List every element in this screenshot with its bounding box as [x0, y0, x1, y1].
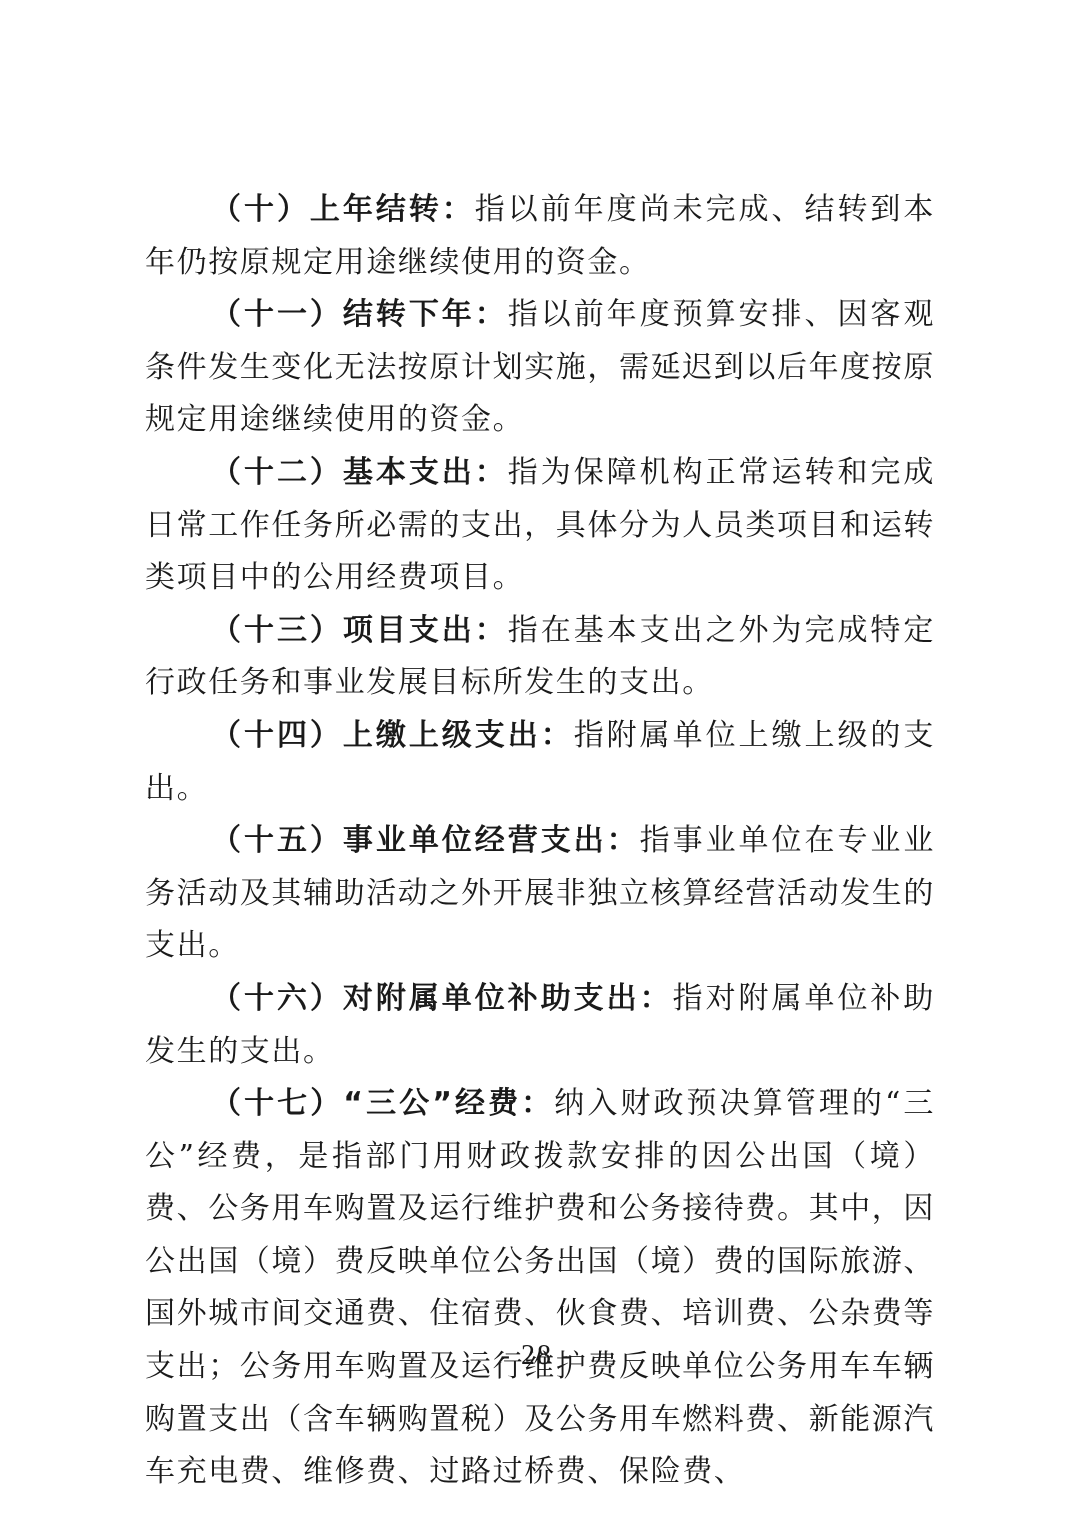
- paragraph-basic-expenditure: （十二）基本支出：指为保障机构正常运转和完成日常工作任务所必需的支出，具体分为人…: [145, 447, 935, 605]
- paragraph-project-expenditure: （十三）项目支出：指在基本支出之外为完成特定行政任务和事业发展目标所发生的支出。: [145, 605, 935, 710]
- term-label: （十五）事业单位经营支出：: [211, 823, 640, 858]
- term-label: （十一）结转下年：: [211, 297, 508, 332]
- term-label: （十）上年结转：: [211, 192, 475, 227]
- term-label: （十六）对附属单位补助支出：: [211, 981, 673, 1016]
- paragraph-carryover-from-prior-year: （十）上年结转：指以前年度尚未完成、结转到本年仍按原规定用途继续使用的资金。: [145, 184, 935, 289]
- paragraph-remittance-to-superior: （十四）上缴上级支出：指附属单位上缴上级的支出。: [145, 710, 935, 815]
- term-definition: 纳入财政预决算管理的“三公”经费，是指部门用财政拨款安排的因公出国（境）费、公务…: [145, 1086, 935, 1489]
- paragraph-subsidy-to-affiliates: （十六）对附属单位补助支出：指对附属单位补助发生的支出。: [145, 973, 935, 1078]
- document-body: （十）上年结转：指以前年度尚未完成、结转到本年仍按原规定用途继续使用的资金。 （…: [145, 184, 935, 1499]
- term-label: （十二）基本支出：: [211, 455, 508, 490]
- paragraph-business-operation-expenditure: （十五）事业单位经营支出：指事业单位在专业业务活动及其辅助活动之外开展非独立核算…: [145, 815, 935, 973]
- paragraph-three-public-expenses: （十七）“三公”经费：纳入财政预决算管理的“三公”经费，是指部门用财政拨款安排的…: [145, 1078, 935, 1499]
- term-label: （十四）上缴上级支出：: [211, 718, 574, 753]
- page-number: - 28 -: [0, 1340, 1074, 1372]
- paragraph-carryover-to-next-year: （十一）结转下年：指以前年度预算安排、因客观条件发生变化无法按原计划实施，需延迟…: [145, 289, 935, 447]
- term-label: （十七）“三公”经费：: [211, 1086, 554, 1121]
- term-label: （十三）项目支出：: [211, 613, 508, 648]
